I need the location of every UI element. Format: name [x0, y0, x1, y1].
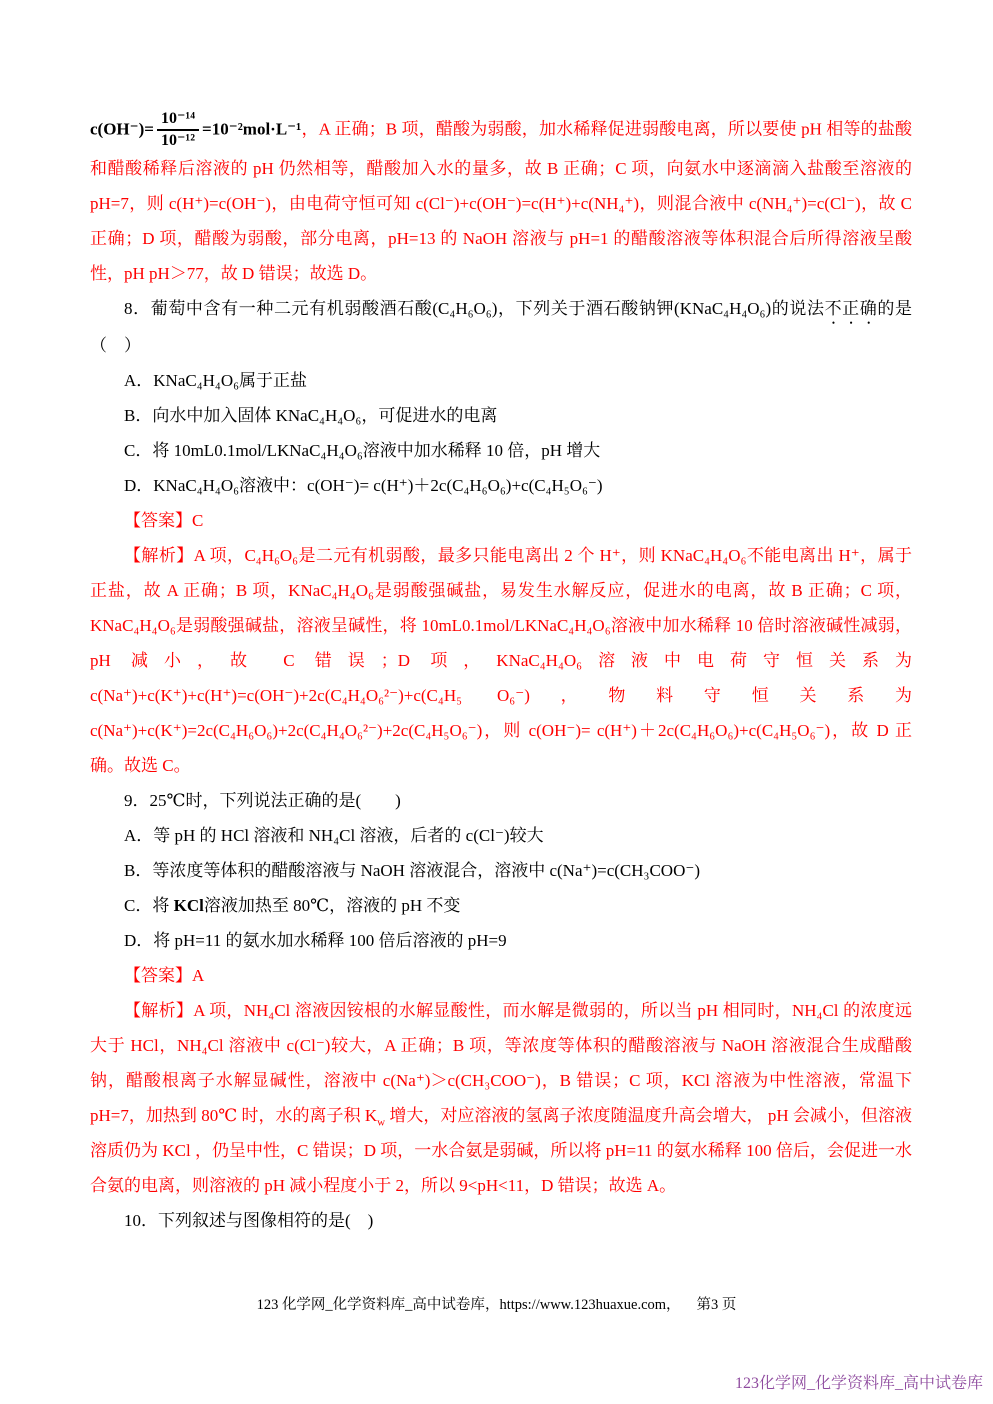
text-segment: 8．葡萄中含有一种二元有机弱酸酒石酸(C₄H₆O₆)，下列关于酒石酸钠钾(KNa…	[124, 299, 825, 318]
fraction: 10⁻¹⁴10⁻¹²	[157, 110, 199, 151]
text-segment: A．KNaC₄H₄O₆属于正盐	[124, 371, 307, 390]
text-segment: 【答案】C	[124, 511, 203, 530]
text-segment: 【解析】A 项，C₄H₆O₆是二元有机弱酸，最多只能电离出 2 个 H⁺，则 K…	[90, 546, 912, 775]
text-segment: 【答案】A	[124, 966, 204, 985]
question-10-stem: 10．下列叙述与图像相符的是( )	[90, 1203, 912, 1238]
text-segment: B．向水中加入固体 KNaC₄H₄O₆，可促进水的电离	[124, 406, 497, 425]
text-segment: 9．25℃时，下列说法正确的是( )	[124, 791, 401, 810]
site-watermark: 123化学网_化学资料库_高中试卷库	[735, 1370, 983, 1393]
question-8-option-a: A．KNaC₄H₄O₆属于正盐	[90, 363, 912, 398]
text-segment: B．等浓度等体积的醋酸溶液与 NaOH 溶液混合，溶液中 c(Na⁺)=c(CH…	[124, 861, 700, 880]
question-9-option-a: A．等 pH 的 HCl 溶液和 NH₄Cl 溶液，后者的 c(Cl⁻)较大	[90, 818, 912, 853]
question-9-option-d: D．将 pH=11 的氨水加水稀释 100 倍后溶液的 pH=9	[90, 923, 912, 958]
page-footer: 123 化学网_化学资料库_高中试卷库，https://www.123huaxu…	[0, 1293, 993, 1314]
text-segment: KCl	[174, 896, 204, 915]
question-9-answer: 【答案】A	[90, 958, 912, 993]
question-9-option-c: C．将 KCl溶液加热至 80℃，溶液的 pH 不变	[90, 888, 912, 923]
footer-site-label: 123 化学网_化学资料库_高中试卷库	[257, 1297, 485, 1313]
q7-analysis-continued: c(OH⁻)=10⁻¹⁴10⁻¹²=10⁻²mol·L⁻¹，A 正确；B 项，醋…	[90, 110, 912, 291]
text-segment: 不正确	[825, 299, 878, 318]
document-body: c(OH⁻)=10⁻¹⁴10⁻¹²=10⁻²mol·L⁻¹，A 正确；B 项，醋…	[90, 110, 912, 1238]
question-8-option-c: C．将 10mL0.1mol/LKNaC₄H₄O₆溶液中加水稀释 10 倍，pH…	[90, 433, 912, 468]
question-8-option-d: D．KNaC₄H₄O₆溶液中：c(OH⁻)= c(H⁺)＋2c(C₄H₆O₆)+…	[90, 468, 912, 503]
question-9-stem: 9．25℃时，下列说法正确的是( )	[90, 783, 912, 818]
text-segment: A．等 pH 的 HCl 溶液和 NH₄Cl 溶液，后者的 c(Cl⁻)较大	[124, 826, 544, 845]
text-segment: D．KNaC₄H₄O₆溶液中：c(OH⁻)= c(H⁺)＋2c(C₄H₆O₆)+…	[124, 476, 603, 495]
question-9-option-b: B．等浓度等体积的醋酸溶液与 NaOH 溶液混合，溶液中 c(Na⁺)=c(CH…	[90, 853, 912, 888]
text-segment: ，A 正确；B 项，醋酸为弱酸，加水稀释促进弱酸电离，所以要使 pH 相等的盐酸…	[90, 119, 912, 282]
text-segment: 10．下列叙述与图像相符的是( )	[124, 1211, 373, 1230]
footer-url: https://www.123huaxue.com	[499, 1297, 666, 1313]
question-8-stem: 8．葡萄中含有一种二元有机弱酸酒石酸(C₄H₆O₆)，下列关于酒石酸钠钾(KNa…	[90, 291, 912, 363]
footer-page-number: 第3 页	[697, 1297, 737, 1313]
question-8-analysis: 【解析】A 项，C₄H₆O₆是二元有机弱酸，最多只能电离出 2 个 H⁺，则 K…	[90, 538, 912, 783]
exam-paper-page: c(OH⁻)=10⁻¹⁴10⁻¹²=10⁻²mol·L⁻¹，A 正确；B 项，醋…	[0, 0, 993, 1404]
footer-separator-2: ，	[666, 1297, 681, 1313]
question-9-analysis: 【解析】A 项，NH₄Cl 溶液因铵根的水解显酸性，而水解是微弱的，所以当 pH…	[90, 993, 912, 1203]
text-segment: w	[377, 1116, 385, 1128]
text-segment: 溶液加热至 80℃，溶液的 pH 不变	[204, 896, 461, 915]
text-segment: c(OH⁻)=	[90, 119, 154, 138]
footer-separator-1: ，	[485, 1297, 500, 1313]
question-8-option-b: B．向水中加入固体 KNaC₄H₄O₆，可促进水的电离	[90, 398, 912, 433]
text-segment: C．将	[124, 896, 174, 915]
text-segment: =10⁻²mol·L⁻¹	[202, 119, 301, 138]
text-segment: C．将 10mL0.1mol/LKNaC₄H₄O₆溶液中加水稀释 10 倍，pH…	[124, 441, 600, 460]
text-segment: D．将 pH=11 的氨水加水稀释 100 倍后溶液的 pH=9	[124, 931, 507, 950]
question-8-answer: 【答案】C	[90, 503, 912, 538]
